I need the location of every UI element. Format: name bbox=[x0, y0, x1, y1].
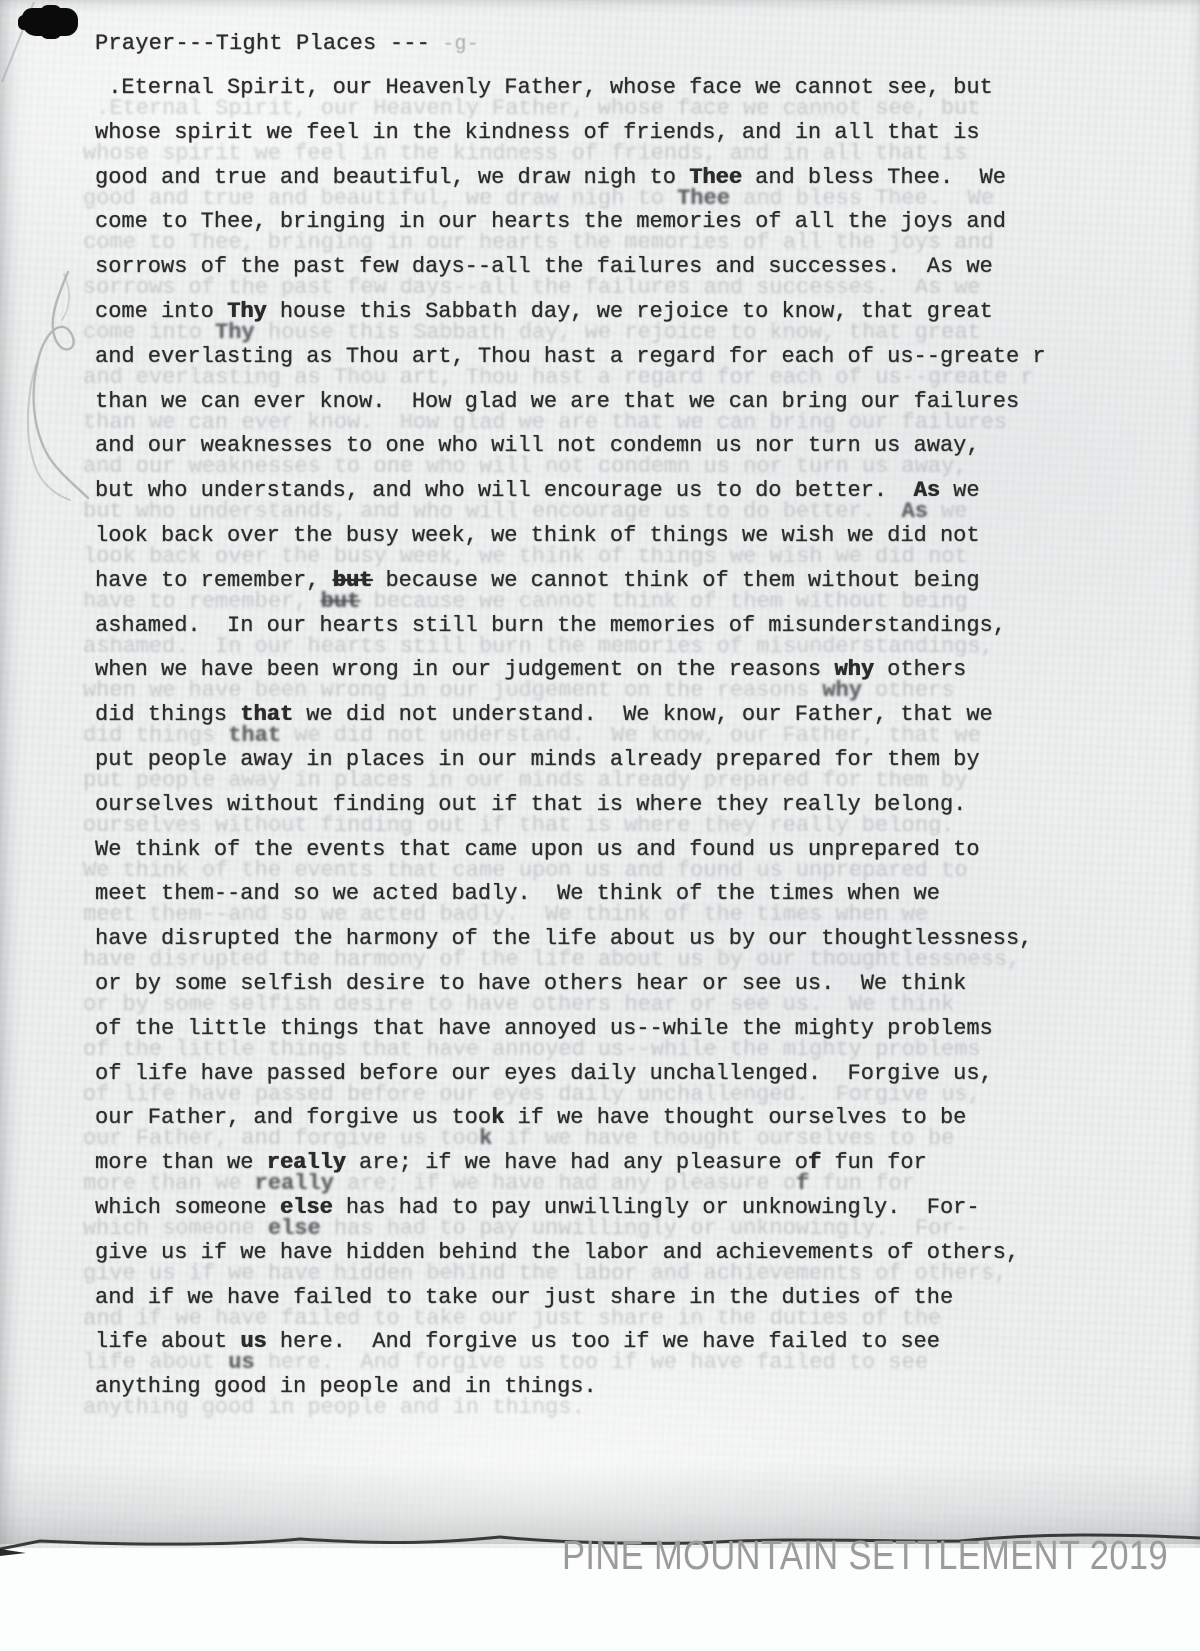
typewritten-line: but who understands, and who will encour… bbox=[95, 469, 1155, 514]
typewritten-line: of life have passed before our eyes dail… bbox=[95, 1052, 1155, 1097]
scan-artifact-mark bbox=[22, 8, 78, 36]
typewritten-line: did things that we did not understand. W… bbox=[95, 693, 1155, 738]
typewritten-line: and everlasting as Thou art, Thou hast a… bbox=[95, 335, 1155, 380]
typewritten-line: come into Thy house this Sabbath day, we… bbox=[95, 290, 1155, 335]
document-title-text: Prayer---Tight Places --- bbox=[95, 31, 430, 56]
document-title: Prayer---Tight Places --- -g- bbox=[95, 31, 479, 56]
typewritten-line: more than we really are; if we have had … bbox=[95, 1141, 1155, 1186]
typewritten-line: meet them--and so we acted badly. We thi… bbox=[95, 872, 1155, 917]
typewritten-line: whose spirit we feel in the kindness of … bbox=[95, 111, 1155, 156]
watermark-text: PINE MOUNTAIN SETTLEMENT 2019 bbox=[562, 1532, 1168, 1579]
typewritten-line: and our weaknesses to one who will not c… bbox=[95, 424, 1155, 469]
typewritten-line: .Eternal Spirit, our Heavenly Father, wh… bbox=[95, 66, 1155, 111]
typewritten-line: of the little things that have annoyed u… bbox=[95, 1007, 1155, 1052]
typewritten-line: sorrows of the past few days--all the fa… bbox=[95, 245, 1155, 290]
title-ghost-mark: -g- bbox=[430, 33, 479, 56]
typewritten-line: have to remember, but because we cannot … bbox=[95, 559, 1155, 604]
scanned-document: .Eternal Spirit, our Heavenly Father, wh… bbox=[0, 0, 1200, 1651]
typewritten-line: and if we have failed to take our just s… bbox=[95, 1276, 1155, 1321]
typewritten-line: ourselves without finding out if that is… bbox=[95, 783, 1155, 828]
typewritten-line: which someone else has had to pay unwill… bbox=[95, 1186, 1155, 1231]
typewritten-line: life about us here. And forgive us too i… bbox=[95, 1320, 1155, 1365]
typewritten-line: than we can ever know. How glad we are t… bbox=[95, 380, 1155, 425]
typewritten-line: our Father, and forgive us took if we ha… bbox=[95, 1096, 1155, 1141]
typewritten-line: ashamed. In our hearts still burn the me… bbox=[95, 604, 1155, 649]
typewritten-line: We think of the events that came upon us… bbox=[95, 828, 1155, 873]
typewritten-line: give us if we have hidden behind the lab… bbox=[95, 1231, 1155, 1276]
typewritten-body: .Eternal Spirit, our Heavenly Father, wh… bbox=[95, 66, 1155, 1410]
typewritten-line: come to Thee, bringing in our hearts the… bbox=[95, 200, 1155, 245]
typewritten-line: good and true and beautiful, we draw nig… bbox=[95, 156, 1155, 201]
typewritten-line: or by some selfish desire to have others… bbox=[95, 962, 1155, 1007]
typewritten-line: have disrupted the harmony of the life a… bbox=[95, 917, 1155, 962]
typewritten-line: look back over the busy week, we think o… bbox=[95, 514, 1155, 559]
typewritten-line: put people away in places in our minds a… bbox=[95, 738, 1155, 783]
typewritten-line: anything good in people and in things. bbox=[95, 1365, 1155, 1410]
typewritten-line: when we have been wrong in our judgement… bbox=[95, 648, 1155, 693]
